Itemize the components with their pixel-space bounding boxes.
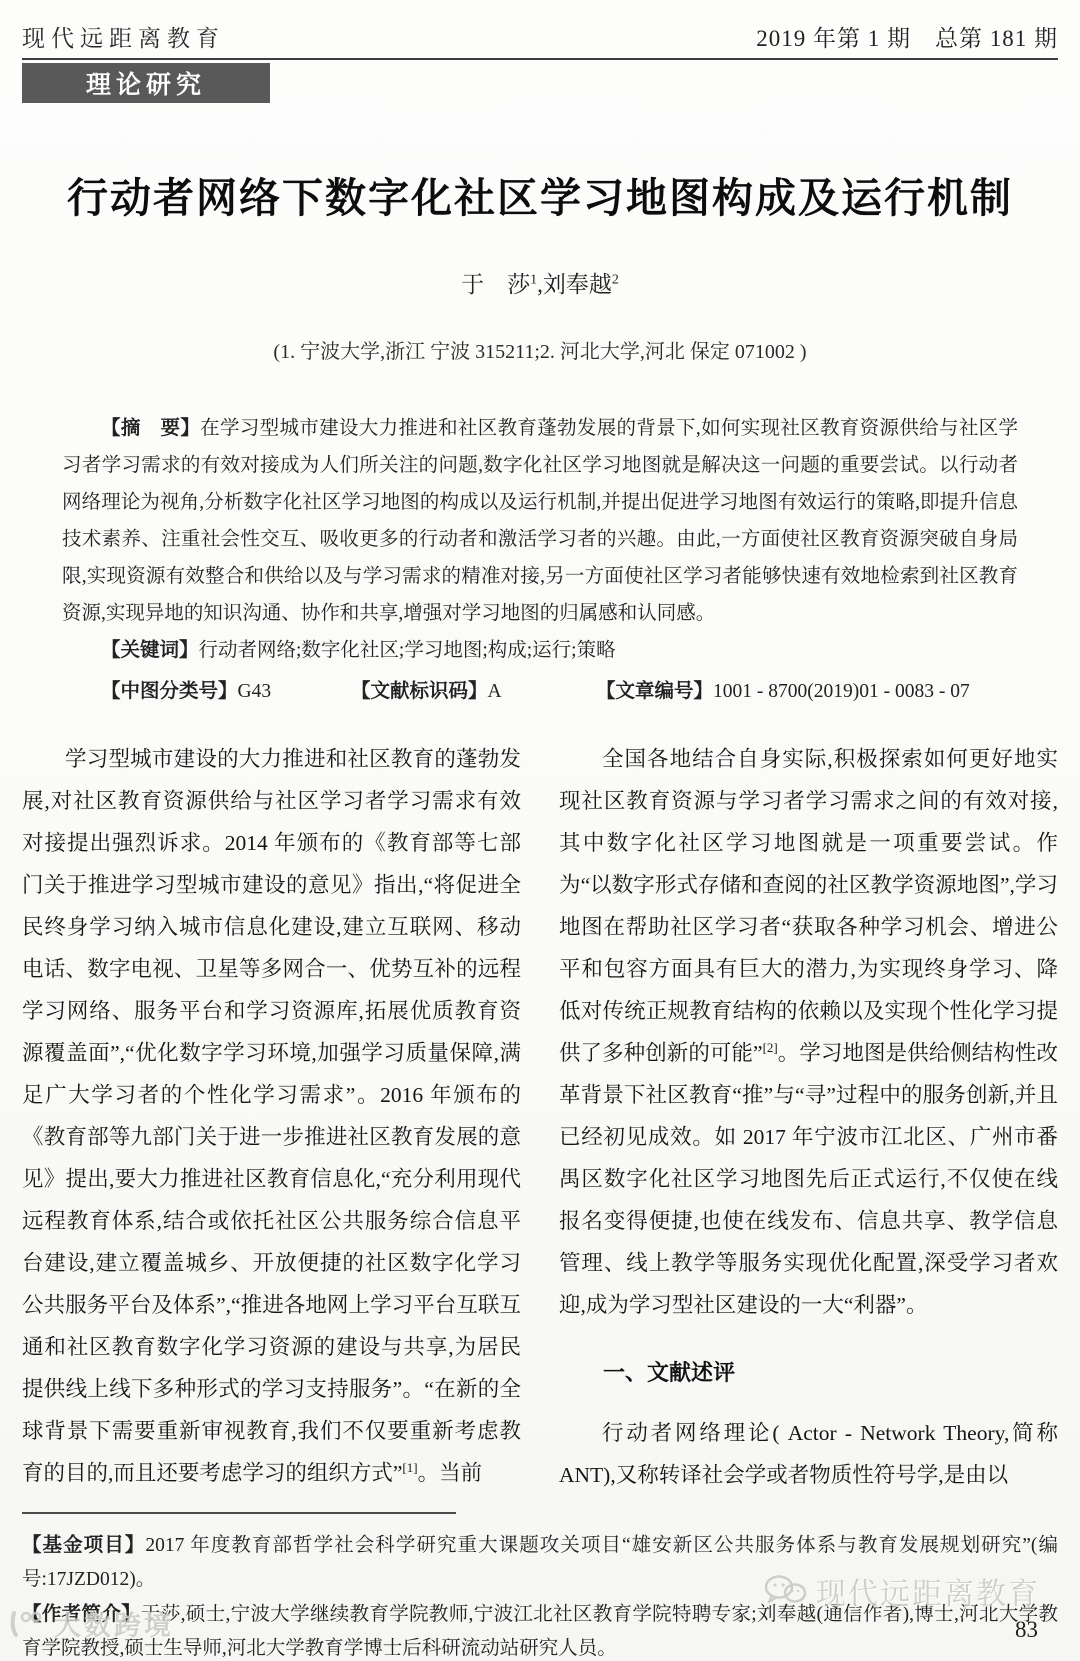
section-tag: 理论研究 xyxy=(22,63,270,103)
watermark-text: 大数跨境 xyxy=(54,1604,174,1643)
affiliation-line: (1. 宁波大学,浙江 宁波 315211;2. 河北大学,河北 保定 0710… xyxy=(22,335,1058,364)
paragraph-text: 。当前 xyxy=(418,1461,483,1485)
paragraph-text: 学习型城市建设的大力推进和社区教育的蓬勃发展,对社区教育资源供给与社区学习者学习… xyxy=(22,747,521,1485)
issue-info: 2019 年第 1 期 总第 181 期 xyxy=(756,20,1058,53)
right-column: 全国各地结合自身实际,积极探索如何更好地实现社区教育资源与学习者学习需求之间的有… xyxy=(559,738,1058,1496)
article-id-value: 1001 - 8700(2019)01 - 0083 - 07 xyxy=(713,681,970,702)
journal-page: 现代远距离教育 2019 年第 1 期 总第 181 期 理论研究 行动者网络下… xyxy=(0,0,1080,1661)
author-name: ,刘奉越 xyxy=(537,272,612,297)
clc-label: 【中图分类号】 xyxy=(101,680,238,702)
citation-ref: [1] xyxy=(402,1460,417,1475)
watermark-text: 现代远距离教育 xyxy=(816,1569,1040,1613)
article-id-label: 【文章编号】 xyxy=(596,680,713,702)
journal-name: 现代远距离教育 xyxy=(22,20,225,53)
classification-line: 【中图分类号】G43 【文献标识码】A 【文章编号】1001 - 8700(20… xyxy=(62,673,1018,710)
wechat-icon xyxy=(762,1573,808,1609)
page-header: 现代远距离教育 2019 年第 1 期 总第 181 期 xyxy=(22,20,1058,60)
doc-code-label: 【文献标识码】 xyxy=(351,680,488,702)
author-name: 于 莎 xyxy=(461,272,530,297)
fund-label: 【基金项目】 xyxy=(22,1534,145,1556)
body-columns: 学习型城市建设的大力推进和社区教育的蓬勃发展,对社区教育资源供给与社区学习者学习… xyxy=(22,738,1058,1496)
footnote-divider xyxy=(22,1512,456,1514)
keywords-label: 【关键词】 xyxy=(101,639,199,661)
citation-ref: [2] xyxy=(763,1040,778,1055)
bottom-right-watermark: 现代远距离教育 xyxy=(762,1569,1040,1613)
article-title: 行动者网络下数字化社区学习地图构成及运行机制 xyxy=(22,165,1058,224)
abstract-paragraph: 【摘 要】在学习型城市建设大力推进和社区教育蓬勃发展的背景下,如何实现社区教育资… xyxy=(62,410,1018,632)
left-column: 学习型城市建设的大力推进和社区教育的蓬勃发展,对社区教育资源供给与社区学习者学习… xyxy=(22,738,521,1496)
section-tag-label: 理论研究 xyxy=(86,65,206,101)
clc-value: G43 xyxy=(238,681,272,702)
body-paragraph: 全国各地结合自身实际,积极探索如何更好地实现社区教育资源与学习者学习需求之间的有… xyxy=(559,738,1058,1326)
keywords-text: 行动者网络;数字化社区;学习地图;构成;运行;策略 xyxy=(199,640,616,661)
page-number: 83 xyxy=(1015,1617,1038,1643)
doc-code-segment: 【文献标识码】A xyxy=(351,673,596,710)
bottom-left-watermark: 大数跨境 xyxy=(8,1604,174,1643)
abstract-label: 【摘 要】 xyxy=(101,417,200,439)
authors-line: 于 莎1,刘奉越2 xyxy=(22,266,1058,299)
article-id-segment: 【文章编号】1001 - 8700(2019)01 - 0083 - 07 xyxy=(596,673,970,710)
author-affiliation-sup: 2 xyxy=(612,272,619,287)
keywords-line: 【关键词】行动者网络;数字化社区;学习地图;构成;运行;策略 xyxy=(62,632,1018,669)
doc-code-value: A xyxy=(488,681,502,702)
body-paragraph: 行动者网络理论( Actor - Network Theory,简称 ANT),… xyxy=(559,1412,1058,1496)
dashu-logo-icon xyxy=(8,1609,46,1639)
paragraph-text: 。学习地图是供给侧结构性改革背景下社区教育“推”与“寻”过程中的服务创新,并且已… xyxy=(559,1041,1058,1317)
body-paragraph: 学习型城市建设的大力推进和社区教育的蓬勃发展,对社区教育资源供给与社区学习者学习… xyxy=(22,738,521,1494)
paragraph-text: 全国各地结合自身实际,积极探索如何更好地实现社区教育资源与学习者学习需求之间的有… xyxy=(559,747,1058,1065)
abstract-block: 【摘 要】在学习型城市建设大力推进和社区教育蓬勃发展的背景下,如何实现社区教育资… xyxy=(62,410,1018,710)
abstract-text: 在学习型城市建设大力推进和社区教育蓬勃发展的背景下,如何实现社区教育资源供给与社… xyxy=(62,418,1018,624)
clc-segment: 【中图分类号】G43 xyxy=(101,673,351,710)
section-heading: 一、文献述评 xyxy=(559,1352,1058,1394)
